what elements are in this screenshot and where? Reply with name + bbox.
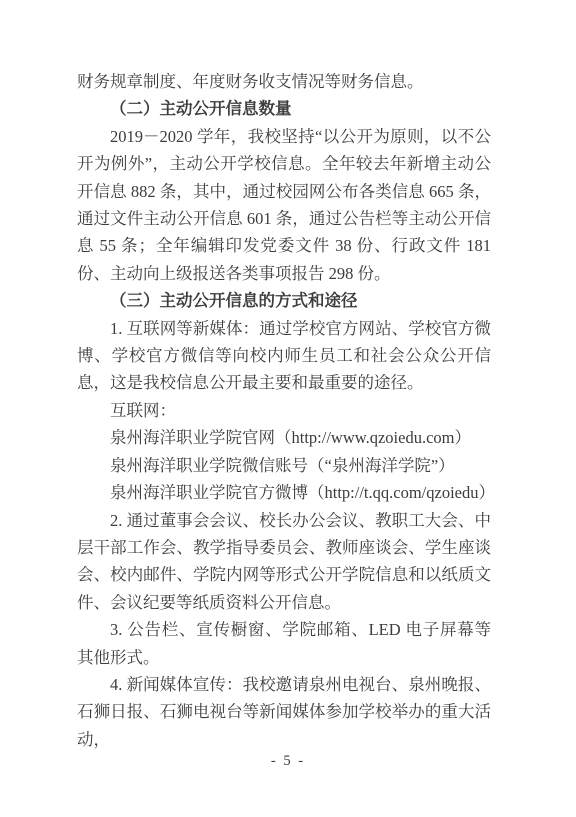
paragraph: 2019－2020 学年，我校坚持“以公开为原则，以不公开为例外”，主动公开学校…: [77, 123, 491, 287]
paragraph: 3. 公告栏、宣传橱窗、学院邮箱、LED 电子屏幕等其他形式。: [77, 616, 491, 671]
paragraph: 泉州海洋职业学院微信账号（“泉州海洋学院”）: [77, 452, 491, 479]
paragraph: 财务规章制度、年度财务收支情况等财务信息。: [77, 68, 491, 95]
paragraph: （二）主动公开信息数量: [77, 95, 491, 122]
paragraph: 1. 互联网等新媒体：通过学校官方网站、学校官方微博、学校官方微信等向校内师生员…: [77, 315, 491, 397]
paragraph: 4. 新闻媒体宣传：我校邀请泉州电视台、泉州晚报、石狮日报、石狮电视台等新闻媒体…: [77, 671, 491, 753]
document-body: 财务规章制度、年度财务收支情况等财务信息。（二）主动公开信息数量2019－202…: [77, 68, 491, 753]
page-number: - 5 -: [271, 753, 305, 769]
page-footer: - 5 -: [0, 752, 576, 770]
paragraph: 泉州海洋职业学院官方微博（http://t.qq.com/qzoiedu）: [77, 479, 491, 506]
paragraph: 泉州海洋职业学院官网（http://www.qzoiedu.com）: [77, 424, 491, 451]
paragraph: （三）主动公开信息的方式和途径: [77, 287, 491, 314]
paragraph: 互联网：: [77, 397, 491, 424]
document-page: 财务规章制度、年度财务收支情况等财务信息。（二）主动公开信息数量2019－202…: [0, 0, 576, 817]
paragraph: 2. 通过董事会会议、校长办公会议、教职工大会、中层干部工作会、教学指导委员会、…: [77, 507, 491, 617]
